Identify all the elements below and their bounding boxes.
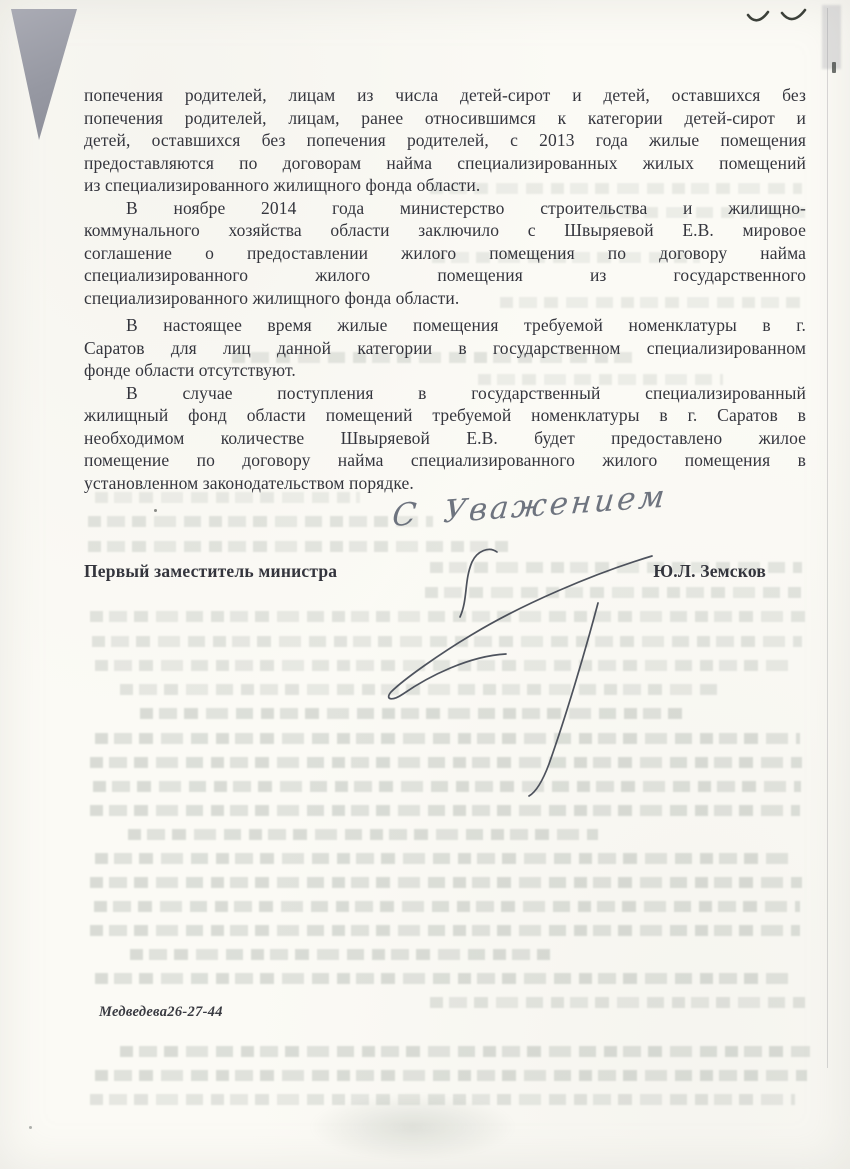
scan-edge-line-artifact [827,8,828,1068]
scanned-letter-page: попечения родителей, лицам из числа дете… [0,0,850,1169]
bleed-through-line [430,997,805,1008]
bleed-through-line [95,973,795,984]
bleed-through-line [90,805,800,816]
body-line: попечения родителей, лицам из числа дете… [84,84,806,107]
body-line: из специализированного жилищного фонда о… [84,174,806,197]
bleed-through-line [95,853,795,864]
body-line: В настоящее время жилые помещения требуе… [84,314,806,337]
paragraph: В настоящее время жилые помещения требуе… [84,314,806,382]
body-line: предоставляются по договорам найма специ… [84,152,806,175]
paragraph: попечения родителей, лицам из числа дете… [84,84,806,197]
bleed-through-line [120,1046,810,1057]
body-line: специализированного жилого помещения из … [84,264,806,287]
body-line: детей, оставшихся без попечения родителе… [84,129,806,152]
scan-speck [154,509,157,512]
bleed-through-line [130,949,550,960]
body-line: коммунального хозяйства области заключил… [84,219,806,242]
body-line: Саратов для лиц данной категории в госуд… [84,337,806,360]
bleed-through-line [120,684,720,695]
scan-edge-band-artifact [822,5,841,69]
signer-name: Ю.Л. Земсков [653,561,766,582]
bleed-through-line [90,611,805,622]
body-line: помещение по договору найма специализиро… [84,449,806,472]
scan-speck [29,1126,32,1129]
body-line: фонде области отсутствуют. [84,359,806,382]
bleed-through-line [90,757,802,768]
body-line: необходимом количестве Швыряевой Е.В. бу… [84,427,806,450]
body-line: жилищный фонд области помещений требуемо… [84,404,806,427]
body-line: попечения родителей, лицам, ранее относи… [84,107,806,130]
bleed-through-line [95,1070,807,1081]
bleed-through-line [140,708,690,719]
bleed-through-line [128,829,598,840]
page-corner-fold-artifact [0,0,95,150]
bleed-through-line [425,587,803,598]
signer-position-title: Первый заместитель министра [84,561,337,582]
bleed-through-line [95,733,800,744]
paragraph: В ноябре 2014 года министерство строител… [84,197,806,310]
bleed-through-line [94,901,800,912]
body-line: специализированного жилищного фонда обла… [84,287,806,310]
scan-speck [832,62,836,73]
handwritten-tick-marks [742,3,816,31]
bleed-through-stamp [305,1092,520,1162]
body-line: В случае поступления в государственный с… [84,382,806,405]
bleed-through-line [93,781,801,792]
bleed-through-line [92,636,802,647]
executor-reference: Медведева26-27-44 [99,1004,223,1021]
bleed-through-line [90,925,800,936]
letter-body: попечения родителей, лицам из числа дете… [84,84,806,494]
signature-row: Первый заместитель министра Ю.Л. Земсков [84,561,806,582]
bleed-through-line [95,660,795,671]
body-line: В ноябре 2014 года министерство строител… [84,197,806,220]
body-line: соглашение о предоставлении жилого помещ… [84,242,806,265]
bleed-through-line [90,877,802,888]
bleed-through-line [88,516,433,527]
bleed-through-line [88,541,508,552]
